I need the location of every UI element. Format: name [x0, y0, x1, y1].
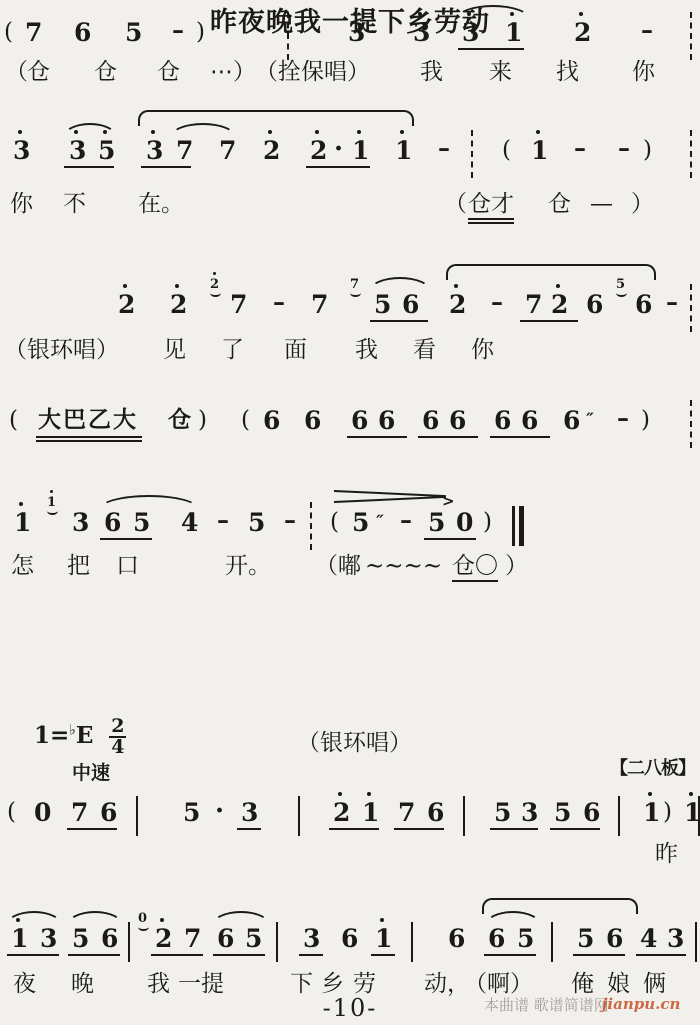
- note: 6: [217, 926, 234, 951]
- underline: [370, 320, 428, 322]
- lyric: （拴保唱）: [255, 60, 370, 85]
- slur: [369, 277, 431, 291]
- barline: [618, 796, 620, 836]
- barline: [411, 922, 413, 962]
- lyric: （: [5, 60, 28, 85]
- lyric: ∼∼∼∼: [365, 554, 442, 579]
- octave-dot: [50, 490, 53, 493]
- note: 7: [230, 292, 247, 317]
- underline: [67, 828, 117, 830]
- slur: [446, 264, 656, 280]
- duration-dash: –: [491, 290, 501, 314]
- tremolo-mark: ″: [583, 410, 595, 430]
- note: 6: [635, 292, 652, 317]
- underline: [347, 436, 407, 438]
- watermark: 本曲谱 歌谱简谱网 jianpu.cn: [484, 994, 609, 1015]
- lyric: 我: [420, 60, 443, 85]
- lyric: 你: [471, 338, 494, 363]
- note: 6: [351, 408, 368, 433]
- octave-dot: [400, 130, 404, 134]
- duration-dash: –: [666, 290, 676, 314]
- paren: ): [663, 801, 672, 824]
- hairpin-line: [334, 496, 446, 503]
- paren: ): [483, 511, 492, 534]
- lyric: 口: [116, 554, 139, 579]
- barline: [551, 922, 553, 962]
- note: 7: [311, 292, 328, 317]
- lyric: 来: [489, 60, 512, 85]
- note: 5: [428, 510, 445, 535]
- final-barline: [512, 506, 524, 546]
- note: 7: [176, 138, 193, 163]
- note: 1: [362, 800, 379, 825]
- dashed-barline: [690, 284, 692, 332]
- underline: [299, 954, 323, 956]
- underline: [36, 440, 142, 442]
- note: 7: [525, 292, 542, 317]
- note: 6: [378, 408, 395, 433]
- lyric: 仓才: [468, 192, 514, 220]
- lyric: 不: [63, 192, 86, 217]
- key-prefix: 1=: [34, 722, 69, 749]
- slur: [99, 495, 199, 509]
- lyric: 仓: [548, 192, 571, 217]
- lyric: 怎: [11, 554, 34, 579]
- underline: [306, 166, 370, 168]
- time-signature: 24: [109, 718, 126, 756]
- note: 6: [104, 510, 121, 535]
- note: 6: [586, 292, 603, 317]
- note: 2: [118, 292, 135, 317]
- note: 0: [456, 510, 473, 535]
- sheet-music-page: (765–)33312–（仓仓仓⋯）（拴保唱）我来找你33537722·11–(…: [0, 0, 700, 1025]
- score: (765–)33312–（仓仓仓⋯）（拴保唱）我来找你33537722·11–(…: [0, 0, 700, 1025]
- octave-dot: [268, 130, 272, 134]
- octave-dot: [648, 792, 652, 796]
- note: 6: [488, 926, 505, 951]
- duration-dash: –: [617, 406, 627, 430]
- note: 3: [146, 138, 163, 163]
- note: 6: [402, 292, 419, 317]
- duration-dash: –: [284, 508, 294, 532]
- underline: [550, 828, 600, 830]
- octave-dot: [18, 130, 22, 134]
- paren: ): [641, 409, 650, 432]
- flat-sign: ♭: [69, 722, 76, 738]
- paren: ): [198, 409, 207, 432]
- note: 6: [521, 408, 538, 433]
- underline: [371, 954, 395, 956]
- paren: (: [9, 409, 18, 432]
- note: 5: [494, 800, 511, 825]
- lyric: 把: [67, 554, 90, 579]
- barline: [276, 922, 278, 962]
- grace-tie: [350, 289, 361, 297]
- lyric: 嘟: [338, 554, 361, 579]
- paren: ): [643, 139, 652, 162]
- octave-dot: [338, 792, 342, 796]
- slur: [63, 123, 117, 137]
- augmentation-dot: ·: [215, 798, 224, 824]
- underline: [64, 166, 114, 168]
- underline: [36, 436, 142, 438]
- note: 6: [101, 926, 118, 951]
- note: 3: [40, 926, 57, 951]
- singer-label: （银环唱）: [297, 724, 412, 757]
- tremolo-mark: ″: [373, 512, 385, 532]
- note: 2: [449, 292, 466, 317]
- dashed-barline: [310, 502, 312, 550]
- lyric: 仓: [157, 60, 180, 85]
- underline: [100, 538, 152, 540]
- note: 5: [517, 926, 534, 951]
- lyric: 你: [10, 192, 33, 217]
- grace-tie: [47, 507, 58, 515]
- octave-dot: [536, 130, 540, 134]
- note: 5: [248, 510, 265, 535]
- note: 2: [551, 292, 568, 317]
- note: 2: [333, 800, 350, 825]
- underline: [151, 954, 203, 956]
- note: 4: [181, 510, 198, 535]
- lyric: 了: [221, 338, 244, 363]
- note: 4: [640, 926, 657, 951]
- underline: [418, 436, 478, 438]
- note: 2: [170, 292, 187, 317]
- underline: [394, 828, 444, 830]
- grace-tie: [210, 289, 221, 297]
- lyric: 看: [413, 338, 436, 363]
- note: 1: [395, 138, 412, 163]
- slur: [482, 898, 638, 914]
- underline: [636, 954, 686, 956]
- lyric: 找: [556, 60, 579, 85]
- note: 5: [133, 510, 150, 535]
- grace-note: 1: [47, 496, 56, 509]
- duration-dash: –: [400, 508, 410, 532]
- grace-note: 7: [350, 278, 359, 291]
- note: 2: [155, 926, 172, 951]
- note: 5: [554, 800, 571, 825]
- lyric: —: [590, 192, 613, 217]
- meter-denominator: 4: [109, 739, 126, 756]
- percussion-word: 大巴乙大: [38, 408, 138, 431]
- note: 1: [375, 926, 392, 951]
- note: 7: [71, 800, 88, 825]
- duration-dash: –: [217, 508, 227, 532]
- grace-tie: [616, 289, 627, 297]
- underline: [329, 828, 379, 830]
- note: 5: [183, 800, 200, 825]
- note: 5: [374, 292, 391, 317]
- note: 5: [98, 138, 115, 163]
- octave-dot: [123, 284, 127, 288]
- note: 5: [577, 926, 594, 951]
- song-title: 昨夜晚我一提下乡劳动: [0, 0, 700, 39]
- dashed-barline: [690, 400, 692, 448]
- octave-dot: [689, 792, 693, 796]
- underline: [424, 538, 476, 540]
- slur: [67, 911, 123, 925]
- augmentation-dot: ·: [334, 136, 343, 162]
- note: 2: [263, 138, 280, 163]
- lyric: 仓〇: [452, 554, 498, 582]
- note: 3: [69, 138, 86, 163]
- tempo-marking: 中速: [72, 758, 110, 785]
- note: 2: [310, 138, 327, 163]
- meter-numerator: 2: [109, 718, 126, 735]
- note: 6: [563, 408, 580, 433]
- underline: [520, 320, 578, 322]
- underline: [68, 954, 120, 956]
- note: 3: [303, 926, 320, 951]
- note: 5: [245, 926, 262, 951]
- lyric: （: [444, 192, 467, 217]
- note: 5: [352, 510, 369, 535]
- barline: [136, 796, 138, 836]
- note: 0: [34, 800, 51, 825]
- octave-dot: [151, 130, 155, 134]
- octave-dot: [175, 284, 179, 288]
- note: 3: [72, 510, 89, 535]
- lyric: ）: [505, 554, 528, 579]
- underline: [141, 166, 191, 168]
- lyric: 面: [284, 338, 307, 363]
- underline: [573, 954, 625, 956]
- duration-dash: –: [618, 136, 628, 160]
- banshi-marking: 【二八板】: [610, 754, 695, 780]
- lyric: 你: [632, 60, 655, 85]
- note: 7: [219, 138, 236, 163]
- watermark-domain: jianpu.cn: [602, 995, 680, 1013]
- lyric: 开。: [225, 554, 271, 579]
- dashed-barline: [690, 130, 692, 178]
- note: 3: [13, 138, 30, 163]
- octave-dot: [367, 792, 371, 796]
- lyric: （: [315, 554, 338, 579]
- slur: [138, 110, 414, 126]
- note: 1: [352, 138, 369, 163]
- duration-dash: –: [574, 136, 584, 160]
- lyric: 在。: [138, 192, 184, 217]
- note: 6: [304, 408, 321, 433]
- lyric: 见: [163, 338, 186, 363]
- underline: [213, 954, 265, 956]
- note: 7: [398, 800, 415, 825]
- barline: [128, 922, 130, 962]
- octave-dot: [213, 272, 216, 275]
- lyric: ）: [631, 192, 654, 217]
- note: 1: [14, 510, 31, 535]
- duration-dash: –: [273, 290, 283, 314]
- note: 3: [241, 800, 258, 825]
- lyric: （银环唱）: [4, 338, 119, 363]
- underline: [490, 828, 538, 830]
- octave-dot: [357, 130, 361, 134]
- watermark-site-name: 本曲谱 歌谱简谱网: [484, 996, 609, 1014]
- decrescendo-hairpin: [334, 490, 446, 504]
- octave-dot: [454, 284, 458, 288]
- note: 6: [583, 800, 600, 825]
- octave-dot: [315, 130, 319, 134]
- note: 6: [448, 926, 465, 951]
- barline: [298, 796, 300, 836]
- note: 6: [494, 408, 511, 433]
- underline: [490, 436, 550, 438]
- note: 6: [449, 408, 466, 433]
- note: 5: [72, 926, 89, 951]
- octave-dot: [556, 284, 560, 288]
- grace-tie: [138, 923, 149, 931]
- paren: (: [241, 409, 250, 432]
- grace-note: 0: [138, 912, 147, 925]
- lyric: 昨: [655, 842, 678, 867]
- barline: [463, 796, 465, 836]
- slur: [212, 911, 270, 925]
- note: 6: [427, 800, 444, 825]
- lyric: ）: [233, 60, 256, 85]
- note: 6: [341, 926, 358, 951]
- note: 3: [521, 800, 538, 825]
- note: 6: [606, 926, 623, 951]
- lyric: 仓: [27, 60, 50, 85]
- octave-dot: [380, 918, 384, 922]
- underline: [237, 828, 261, 830]
- paren: (: [502, 139, 511, 162]
- duration-dash: –: [438, 136, 448, 160]
- octave-dot: [160, 918, 164, 922]
- lyric: 我: [355, 338, 378, 363]
- note: 6: [422, 408, 439, 433]
- paren: (: [7, 801, 16, 824]
- key-note: E: [76, 722, 94, 749]
- note: 1: [643, 800, 660, 825]
- underline: [458, 48, 524, 50]
- note: 3: [667, 926, 684, 951]
- dashed-barline: [471, 130, 473, 178]
- barline: [695, 922, 697, 962]
- lyric: 仓: [94, 60, 117, 85]
- key-signature: 1=♭E24: [34, 718, 126, 756]
- paren: (: [330, 511, 339, 534]
- note: 6: [263, 408, 280, 433]
- grace-note: 2: [210, 278, 219, 291]
- percussion-word: 仓: [168, 408, 193, 431]
- note: 7: [184, 926, 201, 951]
- note: 6: [100, 800, 117, 825]
- slur: [6, 911, 62, 925]
- underline: [7, 954, 59, 956]
- lyric: ⋯: [210, 60, 233, 85]
- note: 1: [531, 138, 548, 163]
- underline: [484, 954, 536, 956]
- octave-dot: [19, 502, 23, 506]
- note: 1: [11, 926, 28, 951]
